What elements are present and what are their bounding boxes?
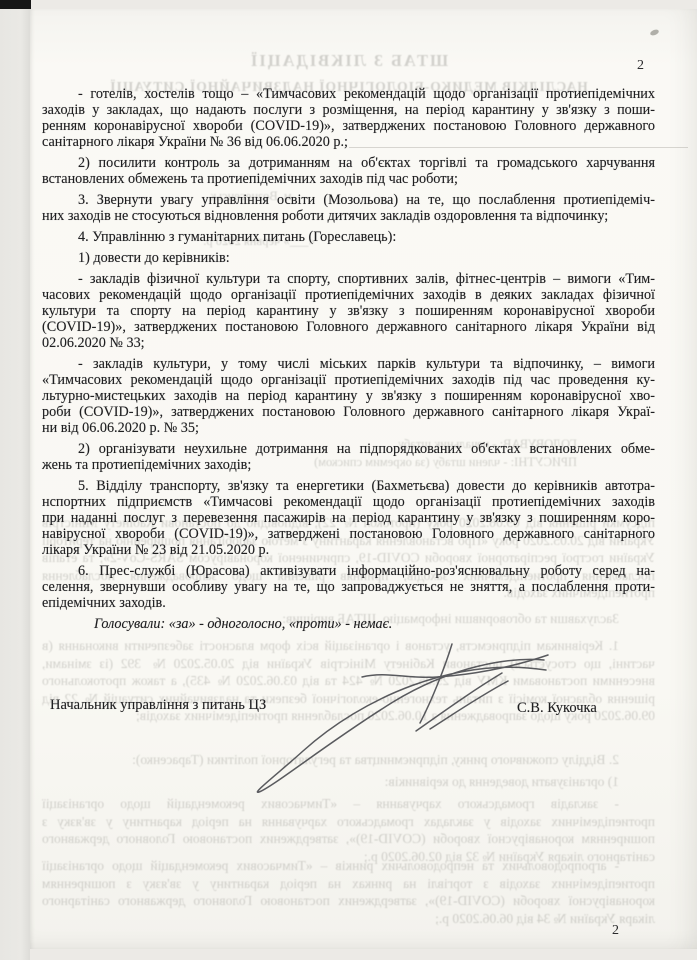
scan-gutter <box>0 0 30 960</box>
paragraph: Голосували: «за» - одноголосно, «проти» … <box>42 616 655 632</box>
scanned-document-page: { "page": { "top_page_number": "2", "bot… <box>0 0 697 960</box>
document-body: - готелів, хостелів тощо – «Тимчасових р… <box>42 86 655 637</box>
paragraph: 4. Управлінню з гуманітарних питань (Гор… <box>42 229 655 245</box>
text-line: (COVID-19)», затверджених постановою Гол… <box>42 319 655 335</box>
text-line: нспортних підприємств «Тимчасові рекомен… <box>42 494 655 510</box>
paragraph: 3. Звернути увагу управління освіти (Моз… <box>42 192 655 224</box>
text-line: селення, звернувши особливу увагу на те,… <box>42 579 655 595</box>
paragraph: - закладів фізичної культури та спорту, … <box>42 271 655 351</box>
page-number-top: 2 <box>637 58 644 74</box>
paragraph: 2) організувати неухильне дотримання на … <box>42 441 655 473</box>
text-line: жень та протиепідемічних заходів; <box>42 457 655 473</box>
paragraph: 2) посилити контроль за дотриманням на о… <box>42 155 655 187</box>
paragraph: - закладів культури, у тому числі міськи… <box>42 356 655 436</box>
text-line: 02.06.2020 № 33; <box>42 335 655 351</box>
text-line: ни від 06.06.2020 р. № 35; <box>42 420 655 436</box>
signer-name: С.В. Кукочка <box>517 700 597 717</box>
text-line: часових рекомендацій щодо організації пр… <box>42 287 655 303</box>
text-line: 6. Прес-службі (Юрасова) активізувати ін… <box>42 563 655 579</box>
text-line: лікаря України № 23 від 21.05.2020 р. <box>42 542 655 558</box>
text-line: льтурно-мистецьких заходів на період кар… <box>42 388 655 404</box>
page-number-bottom: 2 <box>612 923 619 939</box>
text-line: - готелів, хостелів тощо – «Тимчасових р… <box>42 86 655 102</box>
text-line: при наданні послуг з перевезення пасажир… <box>42 510 655 526</box>
text-line: культури та спорту на період карантину у… <box>42 303 655 319</box>
text-line: 1) довести до керівників: <box>42 250 655 266</box>
signer-position-label: Начальник управління з питань ЦЗ <box>50 697 266 714</box>
text-line: 2) організувати неухильне дотримання на … <box>42 441 655 457</box>
text-line: санітарного лікаря України № 36 від 06.0… <box>42 134 655 150</box>
text-line: встановлених обмежень та протиепідемічни… <box>42 171 655 187</box>
paragraph: 5. Відділу транспорту, зв'язку та енерге… <box>42 478 655 558</box>
paragraph: - готелів, хостелів тощо – «Тимчасових р… <box>42 86 655 150</box>
text-line: Голосували: «за» - одноголосно, «проти» … <box>42 616 655 632</box>
paragraph: 6. Прес-службі (Юрасова) активізувати ін… <box>42 563 655 611</box>
text-line: епідемічних заходів. <box>42 595 655 611</box>
text-line: роби (COVID-19)», затверджених постаново… <box>42 404 655 420</box>
scan-corner-mark <box>0 0 31 9</box>
text-line: - закладів фізичної культури та спорту, … <box>42 271 655 287</box>
text-line: 2) посилити контроль за дотриманням на о… <box>42 155 655 171</box>
text-line: 4. Управлінню з гуманітарних питань (Гор… <box>42 229 655 245</box>
text-line: - закладів культури, у тому числі міськи… <box>42 356 655 372</box>
text-line: заходів у закладах, що надають послуги з… <box>42 102 655 118</box>
text-line: 5. Відділу транспорту, зв'язку та енерге… <box>42 478 655 494</box>
text-line: «Тимчасових рекомендацій щодо організаці… <box>42 372 655 388</box>
paragraph: 1) довести до керівників: <box>42 250 655 266</box>
text-line: ренням коронавірусної хвороби (COVID-19)… <box>42 118 655 134</box>
text-line: навірусної хвороби (COVID-19)», затвердж… <box>42 526 655 542</box>
text-line: 3. Звернути увагу управління освіти (Моз… <box>42 192 655 208</box>
text-line: них заходів не стосуються відновлення ро… <box>42 208 655 224</box>
